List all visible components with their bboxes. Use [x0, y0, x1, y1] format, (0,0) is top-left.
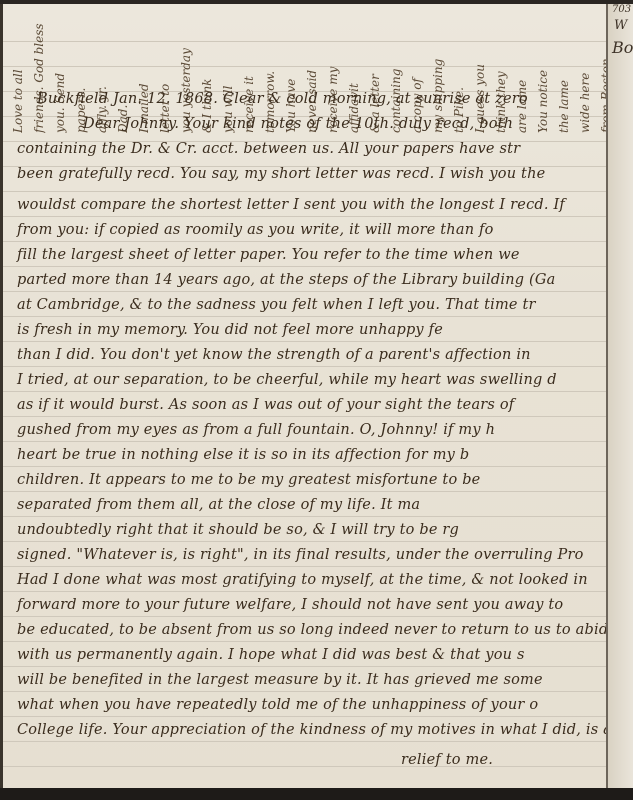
letter-line: Dear Johnny. Your kind notes of the 10th…	[83, 116, 513, 132]
margin-note: containing	[389, 8, 406, 133]
letter-page: Love to all friends. God bless you. Send…	[0, 4, 607, 790]
adjacent-fragment: Bo	[612, 38, 633, 57]
letter-line: be educated, to be absent from us so lon…	[17, 622, 607, 638]
margin-note: a copy of	[410, 8, 427, 133]
margin-note: the lame	[557, 8, 574, 133]
margin-note: affidavit	[347, 8, 364, 133]
margin-note: I mailed	[137, 8, 154, 133]
letter-line: wouldst compare the shortest letter I se…	[17, 197, 565, 213]
margin-note: I guess you	[473, 8, 490, 133]
margin-note: Dad.	[116, 8, 133, 133]
margin-note: receive my	[326, 8, 343, 133]
margin-note: friends. God bless	[32, 8, 49, 133]
letter-line: containing the Dr. & Cr. acct. between u…	[17, 141, 520, 157]
letter-line: fill the largest sheet of letter paper. …	[17, 247, 520, 263]
letter-line: what when you have repeatedly told me of…	[17, 697, 538, 713]
letter-line: is fresh in my memory. You did not feel …	[17, 322, 443, 338]
letter-line: forward more to your future welfare, I s…	[17, 597, 563, 613]
margin-note: wide here	[578, 8, 595, 133]
adjacent-fragment: 703	[612, 4, 631, 15]
margin-note: & I think	[200, 8, 217, 133]
margin-note: papers.	[74, 8, 91, 133]
letter-line: as if it would burst. As soon as I was o…	[17, 397, 514, 413]
letter-heading: Buckfield Jan. 12. 1868. Clear & cold mo…	[37, 91, 528, 107]
letter-line: parted more than 14 years ago, at the st…	[17, 272, 556, 288]
letter-line: gushed from my eyes as from a full fount…	[17, 422, 495, 438]
letter-line: undoubtedly right that it should be so, …	[17, 522, 459, 538]
letter-line: separated from them all, at the close of…	[17, 497, 420, 513]
margin-note: to Pike.	[452, 8, 469, 133]
letter-line: from you: if copied as roomily as you wr…	[17, 222, 494, 238]
margin-note: you yesterday	[179, 8, 196, 133]
margin-note: You notice	[536, 8, 553, 133]
margin-note: You have	[284, 8, 301, 133]
letter-line: College life. Your appreciation of the k…	[17, 722, 607, 738]
letter-line: heart be true in nothing else it is so i…	[17, 447, 469, 463]
letter-line: been gratefully recd. You say, my short …	[17, 166, 545, 182]
letter-line: than I did. You don't yet know the stren…	[17, 347, 531, 363]
margin-note: you. Send	[53, 8, 70, 133]
margin-note: Love to all	[11, 8, 28, 133]
margin-note: think they	[494, 8, 511, 133]
letter-line: Had I done what was most gratifying to m…	[17, 572, 588, 588]
margin-note: never said	[305, 8, 322, 133]
letter-line: signed. "Whatever is, is right", in its …	[17, 547, 584, 563]
margin-note: are lame	[515, 8, 532, 133]
margin-note: affly. yr.	[95, 8, 112, 133]
margin-note: my shipping	[431, 8, 448, 133]
letter-line: children. It appears to me to be my grea…	[17, 472, 480, 488]
margin-note: receive it	[242, 8, 259, 133]
margin-note: letter to	[158, 8, 175, 133]
letter-closing-line: relief to me.	[401, 752, 493, 768]
adjacent-page-edge: 703 W Bo	[606, 4, 633, 788]
scan-border	[0, 788, 633, 800]
adjacent-fragment: W	[614, 18, 627, 33]
letter-line: will be benefited in the largest measure…	[17, 672, 543, 688]
letter-line: I tried, at our separation, to be cheerf…	[17, 372, 557, 388]
margin-note: you will	[221, 8, 238, 133]
letter-line: with us permanently again. I hope what I…	[17, 647, 525, 663]
margin-note: tomorrow.	[263, 8, 280, 133]
margin-note: & a letter	[368, 8, 385, 133]
letter-line: at Cambridge, & to the sadness you felt …	[17, 297, 536, 313]
